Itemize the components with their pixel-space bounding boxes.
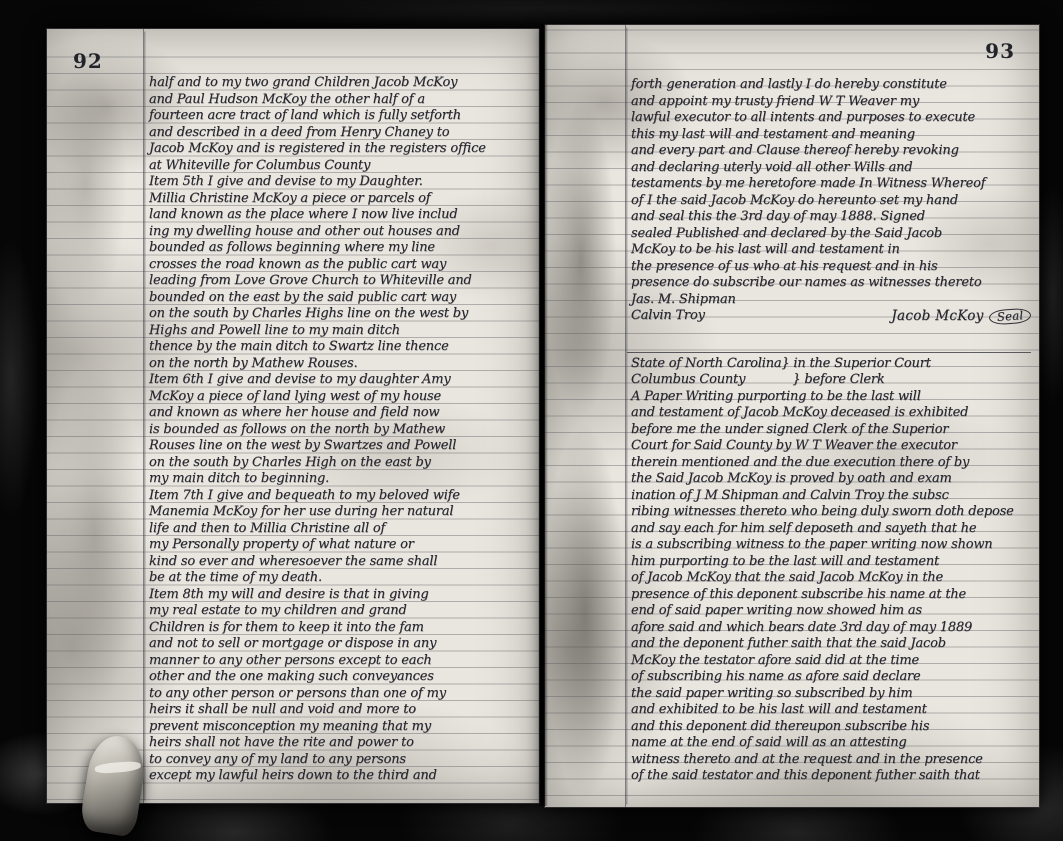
manuscript-line: and the deponent futher saith that the s… bbox=[631, 636, 1031, 653]
manuscript-line: on the north by Mathew Rouses. bbox=[149, 356, 533, 373]
manuscript-line: ing my dwelling house and other out hous… bbox=[149, 224, 533, 241]
manuscript-line: be at the time of my death. bbox=[149, 570, 533, 587]
manuscript-line: crosses the road known as the public car… bbox=[149, 257, 533, 274]
manuscript-line: and this deponent did thereupon subscrib… bbox=[631, 719, 1031, 736]
manuscript-text-right: forth generation and lastly I do hereby … bbox=[631, 77, 1031, 785]
manuscript-line: my main ditch to beginning. bbox=[149, 471, 533, 488]
witness-and-testator-signature-row: Calvin Troy Jacob McKoySeal bbox=[631, 308, 1031, 325]
manuscript-line: the presence of us who at his request an… bbox=[631, 259, 1031, 276]
manuscript-line: fourteen acre tract of land which is ful… bbox=[149, 108, 533, 125]
manuscript-line: land known as the place where I now live… bbox=[149, 207, 533, 224]
manuscript-line: to convey any of my land to any persons bbox=[149, 752, 533, 769]
manuscript-line: leading from Love Grove Church to Whitev… bbox=[149, 273, 533, 290]
manuscript-line: and appoint my trusty friend W T Weaver … bbox=[631, 94, 1031, 111]
manuscript-line: thence by the main ditch to Swartz line … bbox=[149, 339, 533, 356]
manuscript-line: McKoy to be his last will and testament … bbox=[631, 242, 1031, 259]
manuscript-line: half and to my two grand Children Jacob … bbox=[149, 75, 533, 92]
manuscript-line: ination of J M Shipman and Calvin Troy t… bbox=[631, 488, 1031, 505]
manuscript-text-left: half and to my two grand Children Jacob … bbox=[149, 75, 533, 785]
manuscript-line: on the south by Charles High on the east… bbox=[149, 455, 533, 472]
witness-signature-2: Calvin Troy bbox=[631, 308, 705, 325]
manuscript-line: at Whiteville for Columbus County bbox=[149, 158, 533, 175]
manuscript-line: this my last will and testament and mean… bbox=[631, 127, 1031, 144]
manuscript-line: before me the under signed Clerk of the … bbox=[631, 422, 1031, 439]
manuscript-line: the said paper writing so subscribed by … bbox=[631, 686, 1031, 703]
manuscript-line: A Paper Writing purporting to be the las… bbox=[631, 389, 1031, 406]
manuscript-line: of the said testator and this deponent f… bbox=[631, 768, 1031, 785]
page-number-92: 92 bbox=[73, 49, 103, 73]
manuscript-line: heirs shall not have the rite and power … bbox=[149, 735, 533, 752]
manuscript-line: of subscribing his name as afore said de… bbox=[631, 669, 1031, 686]
manuscript-line: on the south by Charles Highs line on th… bbox=[149, 306, 533, 323]
manuscript-line: to any other person or persons than one … bbox=[149, 686, 533, 703]
manuscript-line: forth generation and lastly I do hereby … bbox=[631, 77, 1031, 94]
ledger-page-right: 93 forth generation and lastly I do here… bbox=[544, 24, 1040, 808]
manuscript-line: sealed Published and declared by the Sai… bbox=[631, 226, 1031, 243]
right-margin-column bbox=[545, 25, 626, 807]
probate-section: State of North Carolina} in the Superior… bbox=[631, 356, 1031, 785]
manuscript-line: and testament of Jacob McKoy deceased is… bbox=[631, 405, 1031, 422]
manuscript-line: and Paul Hudson McKoy the other half of … bbox=[149, 92, 533, 109]
manuscript-line: presence do subscribe our names as witne… bbox=[631, 275, 1031, 292]
manuscript-line: witness thereto and at the request and i… bbox=[631, 752, 1031, 769]
manuscript-line: and described in a deed from Henry Chane… bbox=[149, 125, 533, 142]
manuscript-line: Millia Christine McKoy a piece or parcel… bbox=[149, 191, 533, 208]
manuscript-line: and say each for him self deposeth and s… bbox=[631, 521, 1031, 538]
manuscript-line: and every part and Clause thereof hereby… bbox=[631, 143, 1031, 160]
manuscript-line: bounded as follows beginning where my li… bbox=[149, 240, 533, 257]
manuscript-line: Item 8th my will and desire is that in g… bbox=[149, 587, 533, 604]
manuscript-line: lawful executor to all intents and purpo… bbox=[631, 110, 1031, 127]
will-closing-section: forth generation and lastly I do hereby … bbox=[631, 77, 1031, 292]
seal-mark: Seal bbox=[988, 308, 1031, 326]
manuscript-line: State of North Carolina} in the Superior… bbox=[631, 356, 1031, 373]
manuscript-line: Item 5th I give and devise to my Daughte… bbox=[149, 174, 533, 191]
manuscript-line: ribing witnesses thereto who being duly … bbox=[631, 504, 1031, 521]
manuscript-line: my Personally property of what nature or bbox=[149, 537, 533, 554]
manuscript-line: and not to sell or mortgage or dispose i… bbox=[149, 636, 533, 653]
manuscript-line: Rouses line on the west by Swartzes and … bbox=[149, 438, 533, 455]
manuscript-line: except my lawful heirs down to the third… bbox=[149, 768, 533, 785]
manuscript-line: Court for Said County by W T Weaver the … bbox=[631, 438, 1031, 455]
manuscript-line: of Jacob McKoy that the said Jacob McKoy… bbox=[631, 570, 1031, 587]
manuscript-line: Jacob McKoy and is registered in the reg… bbox=[149, 141, 533, 158]
ledger-page-left: 92 half and to my two grand Children Jac… bbox=[46, 28, 540, 804]
manuscript-line: Children is for them to keep it into the… bbox=[149, 620, 533, 637]
manuscript-line: is a subscribing witness to the paper wr… bbox=[631, 537, 1031, 554]
manuscript-line: is bounded as follows on the north by Ma… bbox=[149, 422, 533, 439]
manuscript-line: afore said and which bears date 3rd day … bbox=[631, 620, 1031, 637]
signature-name: Jacob McKoy bbox=[891, 308, 983, 324]
manuscript-line: other and the one making such conveyance… bbox=[149, 669, 533, 686]
manuscript-line: McKoy a piece of land lying west of my h… bbox=[149, 389, 533, 406]
manuscript-line: of I the said Jacob McKoy do hereunto se… bbox=[631, 193, 1031, 210]
manuscript-line: Item 7th I give and bequeath to my belov… bbox=[149, 488, 533, 505]
manuscript-line: Item 6th I give and devise to my daughte… bbox=[149, 372, 533, 389]
manuscript-line: bounded on the east by the said public c… bbox=[149, 290, 533, 307]
manuscript-line: testaments by me heretofore made In Witn… bbox=[631, 176, 1031, 193]
manuscript-line: Highs and Powell line to my main ditch bbox=[149, 323, 533, 340]
manuscript-line: him purporting to be the last will and t… bbox=[631, 554, 1031, 571]
manuscript-line: McKoy the testator afore said did at the… bbox=[631, 653, 1031, 670]
manuscript-line: kind so ever and wheresoever the same sh… bbox=[149, 554, 533, 571]
testator-signature: Jacob McKoySeal bbox=[855, 292, 1031, 342]
manuscript-line: manner to any other persons except to ea… bbox=[149, 653, 533, 670]
manuscript-line: therein mentioned and the due execution … bbox=[631, 455, 1031, 472]
manuscript-line: Columbus County } before Clerk bbox=[631, 372, 1031, 389]
page-number-93: 93 bbox=[985, 39, 1015, 63]
manuscript-line: my real estate to my children and grand bbox=[149, 603, 533, 620]
manuscript-line: and declaring uterly void all other Will… bbox=[631, 160, 1031, 177]
manuscript-line: life and then to Millia Christine all of bbox=[149, 521, 533, 538]
manuscript-line: prevent misconception my meaning that my bbox=[149, 719, 533, 736]
left-margin-column bbox=[47, 29, 144, 803]
manuscript-line: and exhibited to be his last will and te… bbox=[631, 702, 1031, 719]
manuscript-line: and seal this the 3rd day of may 1888. S… bbox=[631, 209, 1031, 226]
manuscript-line: Manemia McKoy for her use during her nat… bbox=[149, 504, 533, 521]
manuscript-line: the Said Jacob McKoy is proved by oath a… bbox=[631, 471, 1031, 488]
manuscript-line: heirs it shall be null and void and more… bbox=[149, 702, 533, 719]
manuscript-line: and known as where her house and field n… bbox=[149, 405, 533, 422]
manuscript-line: name at the end of said will as an attes… bbox=[631, 735, 1031, 752]
manuscript-line: presence of this deponent subscribe his … bbox=[631, 587, 1031, 604]
manuscript-line: end of said paper writing now showed him… bbox=[631, 603, 1031, 620]
